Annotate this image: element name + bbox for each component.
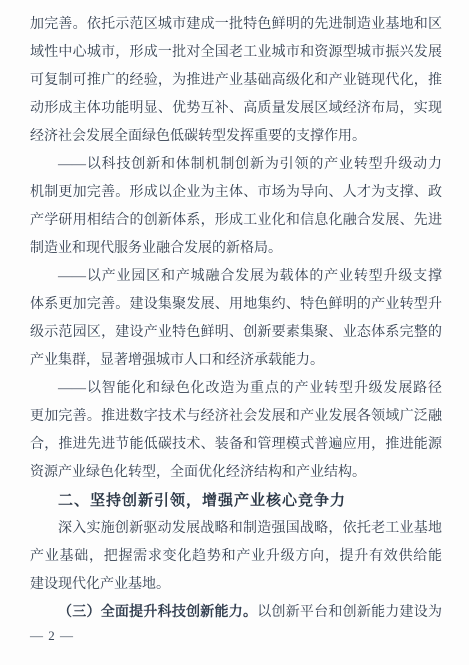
body-line: 合，推进先进节能低碳技术、装备和管理模式普遍应用，推进能源 — [30, 431, 442, 459]
body-line: ——以科技创新和体制机制创新为引领的产业转型升级动力 — [30, 151, 442, 179]
page-number: — 2 — — [30, 628, 442, 643]
body-line: 更加完善。推进数字技术与经济社会发展和产业发展各领域广泛融 — [30, 403, 442, 431]
body-line: 产学研用相结合的创新体系，形成工业化和信息化融合发展、先进 — [30, 207, 442, 235]
body-line: 建设现代化产业基地。 — [30, 571, 442, 599]
body-line: 经济社会发展全面绿色低碳转型发挥重要的支撑作用。 — [30, 123, 442, 151]
body-line: 可复制可推广的经验，为推进产业基础高级化和产业链现代化，推 — [30, 67, 442, 95]
body-line: 深入实施创新驱动发展战略和制造强国战略，依托老工业基地 — [30, 515, 442, 543]
body-line: 产业集群，显著增强城市人口和经济承载能力。 — [30, 347, 442, 375]
body-line-clause: （三）全面提升科技创新能力。以创新平台和创新能力建设为 — [30, 599, 442, 627]
body-line: 产业基础，把握需求变化趋势和产业升级方向，提升有效供给能力， — [30, 543, 442, 571]
body-line: ——以产业园区和产城融合发展为载体的产业转型升级支撑 — [30, 263, 442, 291]
body-line: 动形成主体功能明显、优势互补、高质量发展区域经济布局，实现 — [30, 95, 442, 123]
section-heading: 二、坚持创新引领，增强产业核心竞争力 — [30, 487, 442, 515]
body-line: 级示范园区，建设产业特色鲜明、创新要素集聚、业态体系完整的 — [30, 319, 442, 347]
body-line: 资源产业绿色化转型，全面优化经济结构和产业结构。 — [30, 459, 442, 487]
body-line: 加完善。依托示范区城市建成一批特色鲜明的先进制造业基地和区 — [30, 11, 442, 39]
body-line: 体系更加完善。建设集聚发展、用地集约、特色鲜明的产业转型升 — [30, 291, 442, 319]
clause-body-text: 以创新平台和创新能力建设为 — [257, 605, 442, 620]
body-line: 域性中心城市，形成一批对全国老工业城市和资源型城市振兴发展 — [30, 39, 442, 67]
body-line: ——以智能化和绿色化改造为重点的产业转型升级发展路径 — [30, 375, 442, 403]
clause-lead-bold: （三）全面提升科技创新能力。 — [58, 605, 257, 620]
body-line: 制造业和现代服务业融合发展的新格局。 — [30, 235, 442, 263]
body-line: 机制更加完善。形成以企业为主体、市场为导向、人才为支撑、政 — [30, 179, 442, 207]
document-page: 加完善。依托示范区城市建成一批特色鲜明的先进制造业基地和区 域性中心城市，形成一… — [0, 0, 469, 665]
